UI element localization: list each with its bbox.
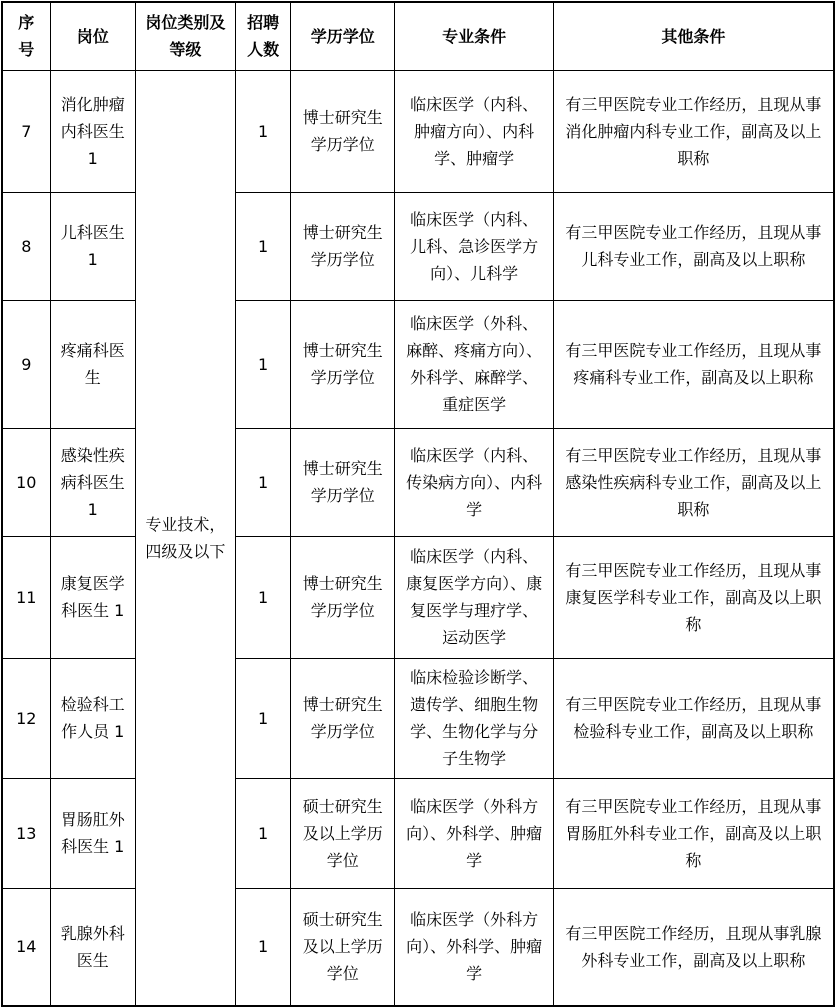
cell-other: 有三甲医院专业工作经历，且现从事疼痛科专业工作，副高及以上职称 — [553, 300, 834, 428]
cell-index: 7 — [2, 70, 50, 192]
cell-degree: 博士研究生学历学位 — [291, 70, 395, 192]
cell-index: 12 — [2, 658, 50, 778]
header-index: 序号 — [2, 2, 50, 70]
cell-degree: 博士研究生学历学位 — [291, 192, 395, 300]
header-row: 序号 岗位 岗位类别及等级 招聘人数 学历学位 专业条件 其他条件 — [2, 2, 834, 70]
cell-degree: 硕士研究生及以上学历学位 — [291, 778, 395, 888]
cell-degree: 博士研究生学历学位 — [291, 428, 395, 536]
cell-index: 11 — [2, 536, 50, 658]
cell-major: 临床医学（内科、肿瘤方向）、内科学、肿瘤学 — [395, 70, 553, 192]
cell-headcount: 1 — [236, 300, 291, 428]
cell-position: 乳腺外科医生 — [50, 888, 135, 1006]
cell-headcount: 1 — [236, 70, 291, 192]
table-row: 11 康复医学科医生 1 1 博士研究生学历学位 临床医学（内科、康复医学方向）… — [2, 536, 834, 658]
cell-degree: 博士研究生学历学位 — [291, 300, 395, 428]
cell-degree: 硕士研究生及以上学历学位 — [291, 888, 395, 1006]
cell-headcount: 1 — [236, 536, 291, 658]
cell-major: 临床医学（内科、传染病方向）、内科学 — [395, 428, 553, 536]
cell-major: 临床医学（外科、麻醉、疼痛方向）、外科学、麻醉学、重症医学 — [395, 300, 553, 428]
cell-index: 9 — [2, 300, 50, 428]
cell-other: 有三甲医院专业工作经历，且现从事消化肿瘤内科专业工作，副高及以上职称 — [553, 70, 834, 192]
cell-major: 临床医学（内科、康复医学方向）、康复医学与理疗学、运动医学 — [395, 536, 553, 658]
recruitment-table: 序号 岗位 岗位类别及等级 招聘人数 学历学位 专业条件 其他条件 7 消化肿瘤… — [1, 1, 835, 1007]
cell-major: 临床医学（外科方向）、外科学、肿瘤学 — [395, 888, 553, 1006]
header-degree: 学历学位 — [291, 2, 395, 70]
cell-index: 13 — [2, 778, 50, 888]
cell-headcount: 1 — [236, 428, 291, 536]
cell-headcount: 1 — [236, 888, 291, 1006]
table-row: 10 感染性疾病科医生 1 1 博士研究生学历学位 临床医学（内科、传染病方向）… — [2, 428, 834, 536]
table-row: 12 检验科工作人员 1 1 博士研究生学历学位 临床检验诊断学、遗传学、细胞生… — [2, 658, 834, 778]
header-category: 岗位类别及等级 — [135, 2, 235, 70]
cell-position: 疼痛科医生 — [50, 300, 135, 428]
header-major: 专业条件 — [395, 2, 553, 70]
cell-other: 有三甲医院工作经历，且现从事乳腺外科专业工作，副高及以上职称 — [553, 888, 834, 1006]
cell-position: 胃肠肛外科医生 1 — [50, 778, 135, 888]
cell-major: 临床医学（内科、儿科、急诊医学方向）、儿科学 — [395, 192, 553, 300]
cell-position: 儿科医生 1 — [50, 192, 135, 300]
cell-index: 14 — [2, 888, 50, 1006]
table-row: 9 疼痛科医生 1 博士研究生学历学位 临床医学（外科、麻醉、疼痛方向）、外科学… — [2, 300, 834, 428]
cell-position: 检验科工作人员 1 — [50, 658, 135, 778]
cell-position: 康复医学科医生 1 — [50, 536, 135, 658]
cell-other: 有三甲医院专业工作经历，且现从事胃肠肛外科专业工作，副高及以上职称 — [553, 778, 834, 888]
table-row: 13 胃肠肛外科医生 1 1 硕士研究生及以上学历学位 临床医学（外科方向）、外… — [2, 778, 834, 888]
cell-other: 有三甲医院专业工作经历，且现从事儿科专业工作，副高及以上职称 — [553, 192, 834, 300]
cell-headcount: 1 — [236, 192, 291, 300]
cell-category-merged: 专业技术，四级及以下 — [135, 70, 235, 1006]
table-row: 14 乳腺外科医生 1 硕士研究生及以上学历学位 临床医学（外科方向）、外科学、… — [2, 888, 834, 1006]
cell-other: 有三甲医院专业工作经历，且现从事康复医学科专业工作，副高及以上职称 — [553, 536, 834, 658]
cell-position: 消化肿瘤内科医生 1 — [50, 70, 135, 192]
cell-index: 10 — [2, 428, 50, 536]
cell-major: 临床检验诊断学、遗传学、细胞生物学、生物化学与分子生物学 — [395, 658, 553, 778]
cell-other: 有三甲医院专业工作经历，且现从事检验科专业工作，副高及以上职称 — [553, 658, 834, 778]
table-row: 7 消化肿瘤内科医生 1 专业技术，四级及以下 1 博士研究生学历学位 临床医学… — [2, 70, 834, 192]
cell-headcount: 1 — [236, 658, 291, 778]
header-other: 其他条件 — [553, 2, 834, 70]
header-position: 岗位 — [50, 2, 135, 70]
cell-headcount: 1 — [236, 778, 291, 888]
cell-index: 8 — [2, 192, 50, 300]
cell-other: 有三甲医院专业工作经历，且现从事感染性疾病科专业工作，副高及以上职称 — [553, 428, 834, 536]
cell-position: 感染性疾病科医生 1 — [50, 428, 135, 536]
header-headcount: 招聘人数 — [236, 2, 291, 70]
cell-degree: 博士研究生学历学位 — [291, 658, 395, 778]
table-row: 8 儿科医生 1 1 博士研究生学历学位 临床医学（内科、儿科、急诊医学方向）、… — [2, 192, 834, 300]
cell-degree: 博士研究生学历学位 — [291, 536, 395, 658]
cell-major: 临床医学（外科方向）、外科学、肿瘤学 — [395, 778, 553, 888]
